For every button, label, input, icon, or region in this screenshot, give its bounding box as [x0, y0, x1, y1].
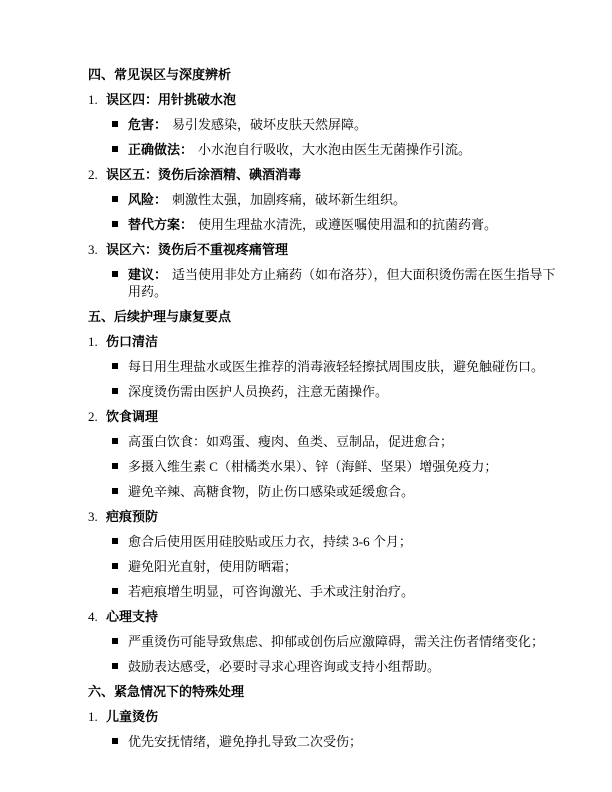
list-item: 3.疤痕预防: [88, 508, 572, 525]
section-heading: 五、后续护理与康复要点: [88, 308, 572, 325]
bullet-item: 正确做法：小水泡自行吸收，大水泡由医生无菌操作引流。: [88, 141, 572, 158]
bullet-text: 每日用生理盐水或医生推荐的消毒液轻轻擦拭周围皮肤，避免触碰伤口。: [128, 359, 544, 374]
bullet-text: 优先安抚情绪，避免挣扎导致二次受伤；: [128, 734, 362, 749]
bullet-square-icon: [112, 363, 118, 369]
list-title: 饮食调理: [106, 409, 158, 424]
bullet-label: 风险：: [128, 192, 167, 207]
bullet-item: 严重烫伤可能导致焦虑、抑郁或创伤后应激障碍，需关注伤者情绪变化；: [88, 633, 572, 650]
list-number: 3.: [88, 241, 106, 258]
bullet-label: 危害：: [128, 117, 167, 132]
list-title: 误区四：用针挑破水泡: [106, 92, 236, 107]
bullet-square-icon: [112, 196, 118, 202]
bullet-item: 避免阳光直射，使用防晒霜；: [88, 558, 572, 575]
bullet-item: 若疤痕增生明显，可咨询激光、手术或注射治疗。: [88, 583, 572, 600]
bullet-label: 正确做法：: [128, 142, 193, 157]
bullet-text: 避免阳光直射，使用防晒霜；: [128, 559, 297, 574]
list-item: 2.误区五：烫伤后涂酒精、碘酒消毒: [88, 166, 572, 183]
bullet-item: 多摄入维生素 C（柑橘类水果）、锌（海鲜、坚果）增强免疫力；: [88, 458, 572, 475]
bullet-text: 小水泡自行吸收，大水泡由医生无菌操作引流。: [198, 142, 471, 157]
list-item: 2.饮食调理: [88, 408, 572, 425]
bullet-text: 鼓励表达感受，必要时寻求心理咨询或支持小组帮助。: [128, 659, 440, 674]
bullet-text: 避免辛辣、高糖食物，防止伤口感染或延缓愈合。: [128, 484, 414, 499]
bullet-square-icon: [112, 146, 118, 152]
bullet-item: 建议：适当使用非处方止痛药（如布洛芬），但大面积烫伤需在医生指导下用药。: [88, 266, 572, 300]
bullet-item: 避免辛辣、高糖食物，防止伤口感染或延缓愈合。: [88, 483, 572, 500]
section-heading: 六、紧急情况下的特殊处理: [88, 683, 572, 700]
bullet-square-icon: [112, 488, 118, 494]
bullet-square-icon: [112, 588, 118, 594]
bullet-item: 深度烫伤需由医护人员换药，注意无菌操作。: [88, 383, 572, 400]
list-title: 误区六：烫伤后不重视疼痛管理: [106, 242, 288, 257]
bullet-square-icon: [112, 563, 118, 569]
bullet-item: 高蛋白饮食：如鸡蛋、瘦肉、鱼类、豆制品，促进愈合；: [88, 433, 572, 450]
list-title: 误区五：烫伤后涂酒精、碘酒消毒: [106, 167, 301, 182]
bullet-text: 适当使用非处方止痛药（如布洛芬），但大面积烫伤需在医生指导下用药。: [128, 267, 556, 299]
bullet-square-icon: [112, 638, 118, 644]
bullet-text: 严重烫伤可能导致焦虑、抑郁或创伤后应激障碍，需关注伤者情绪变化；: [128, 634, 544, 649]
bullet-item: 危害：易引发感染，破坏皮肤天然屏障。: [88, 116, 572, 133]
bullet-square-icon: [112, 271, 118, 277]
list-item: 1.误区四：用针挑破水泡: [88, 91, 572, 108]
bullet-item: 替代方案：使用生理盐水清洗，或遵医嘱使用温和的抗菌药膏。: [88, 216, 572, 233]
bullet-text: 刺激性太强，加剧疼痛，破坏新生组织。: [172, 192, 406, 207]
list-item: 4.心理支持: [88, 608, 572, 625]
bullet-square-icon: [112, 121, 118, 127]
bullet-square-icon: [112, 663, 118, 669]
bullet-square-icon: [112, 538, 118, 544]
list-title: 伤口清洁: [106, 334, 158, 349]
bullet-label: 替代方案：: [128, 217, 193, 232]
list-number: 1.: [88, 91, 106, 108]
bullet-square-icon: [112, 221, 118, 227]
list-item: 3.误区六：烫伤后不重视疼痛管理: [88, 241, 572, 258]
list-title: 儿童烫伤: [106, 709, 158, 724]
document-page: 四、常见误区与深度辨析 1.误区四：用针挑破水泡 危害：易引发感染，破坏皮肤天然…: [0, 0, 612, 792]
bullet-text: 易引发感染，破坏皮肤天然屏障。: [172, 117, 367, 132]
bullet-text: 多摄入维生素 C（柑橘类水果）、锌（海鲜、坚果）增强免疫力；: [128, 459, 497, 474]
bullet-item: 风险：刺激性太强，加剧疼痛，破坏新生组织。: [88, 191, 572, 208]
bullet-square-icon: [112, 438, 118, 444]
bullet-label: 建议：: [128, 267, 167, 282]
bullet-text: 若疤痕增生明显，可咨询激光、手术或注射治疗。: [128, 584, 414, 599]
bullet-text: 使用生理盐水清洗，或遵医嘱使用温和的抗菌药膏。: [198, 217, 497, 232]
bullet-square-icon: [112, 463, 118, 469]
bullet-text: 愈合后使用医用硅胶贴或压力衣，持续 3-6 个月；: [128, 534, 412, 549]
bullet-square-icon: [112, 738, 118, 744]
section-heading: 四、常见误区与深度辨析: [88, 66, 572, 83]
list-number: 1.: [88, 708, 106, 725]
list-item: 1.儿童烫伤: [88, 708, 572, 725]
list-number: 3.: [88, 508, 106, 525]
bullet-item: 鼓励表达感受，必要时寻求心理咨询或支持小组帮助。: [88, 658, 572, 675]
bullet-item: 愈合后使用医用硅胶贴或压力衣，持续 3-6 个月；: [88, 533, 572, 550]
bullet-square-icon: [112, 388, 118, 394]
list-number: 1.: [88, 333, 106, 350]
list-number: 4.: [88, 608, 106, 625]
list-title: 心理支持: [106, 609, 158, 624]
list-number: 2.: [88, 166, 106, 183]
bullet-text: 高蛋白饮食：如鸡蛋、瘦肉、鱼类、豆制品，促进愈合；: [128, 434, 453, 449]
list-number: 2.: [88, 408, 106, 425]
bullet-text: 深度烫伤需由医护人员换药，注意无菌操作。: [128, 384, 388, 399]
bullet-item: 每日用生理盐水或医生推荐的消毒液轻轻擦拭周围皮肤，避免触碰伤口。: [88, 358, 572, 375]
list-item: 1.伤口清洁: [88, 333, 572, 350]
list-title: 疤痕预防: [106, 509, 158, 524]
bullet-item: 优先安抚情绪，避免挣扎导致二次受伤；: [88, 733, 572, 750]
